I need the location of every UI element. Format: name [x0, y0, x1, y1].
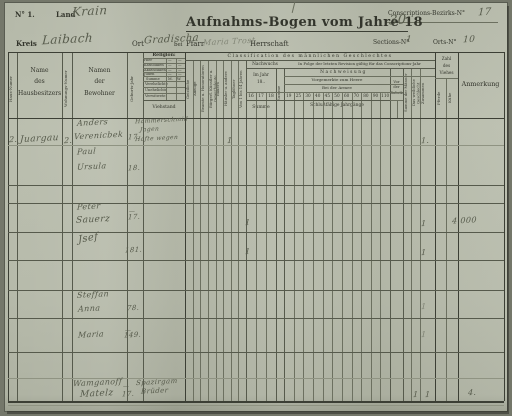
age-cell: 80 — [361, 94, 371, 99]
grid-vline — [127, 52, 128, 401]
nachwuchs-year-cell: 18 — [266, 94, 276, 99]
sheet-number: N° 1. — [15, 11, 35, 19]
grid-hline — [8, 318, 504, 319]
column-geburtsjahr: Geburts-Jahr — [130, 62, 138, 116]
grid-vline — [504, 52, 505, 401]
sections-label: Sections-N° — [373, 40, 409, 47]
column-haus-numer: Haus-Numer — [9, 62, 17, 116]
grid-vline — [342, 92, 343, 401]
handwriting-entry: Paul — [77, 146, 97, 156]
grid-vline — [323, 92, 324, 401]
handwriting-entry: 1 — [227, 136, 233, 145]
nachwuchs-sum-label: Summe — [246, 105, 276, 110]
grid-vline — [17, 52, 18, 401]
age-cell: 19 — [284, 94, 294, 99]
grid-vline — [246, 60, 247, 401]
grid-vline — [176, 58, 177, 100]
handwriting-entry: Ursula — [77, 161, 107, 172]
age-cell: 45 — [323, 94, 333, 99]
religion-summary-row: Verehelichte — [145, 82, 168, 86]
handwriting-entry: 2. — [9, 135, 18, 144]
grid-vline — [208, 60, 209, 401]
grid-vline — [200, 60, 201, 401]
kreis-label: Kreis — [16, 40, 37, 48]
grid-hline — [143, 81, 185, 82]
classification-right-column: Das weibliche Geschlecht — [412, 70, 420, 116]
age-cell: 50 — [332, 94, 342, 99]
grid-hline — [143, 58, 185, 59]
handwriting-entry: 1. — [421, 136, 430, 145]
grid-hline — [8, 52, 504, 53]
grid-vline — [380, 92, 381, 401]
grid-hline — [8, 401, 504, 403]
column-hausbesitzer: Name des Hausbesitzers — [18, 65, 61, 99]
grid-vline — [458, 52, 459, 401]
handwriting-entry: 10 — [463, 35, 476, 46]
grid-hline — [435, 78, 458, 79]
handwriting-entry: 1 — [245, 247, 251, 256]
page-title: Aufnahms-Bogen vom Jahre 18 — [186, 16, 423, 31]
classification-left-column: Geistliche — [186, 62, 193, 116]
handwriting-entry: 1 — [413, 390, 419, 399]
column-wohnparteien: Wohnungs-Numer — [64, 62, 72, 116]
vieh-column: Kühe — [448, 80, 457, 116]
handwriting-entry: 1 — [421, 330, 427, 339]
classification-left-column: Häusler u. andere — [224, 62, 231, 116]
age-cell: 90 — [371, 94, 381, 99]
grid-hline — [143, 72, 185, 73]
grid-vline — [294, 92, 295, 401]
classification-left-column: Beamte u. Honoratioren — [201, 62, 208, 116]
grid-vline — [216, 60, 217, 401]
handwriting-entry: Sauerz — [76, 214, 111, 226]
religion-summary-col: M. — [168, 77, 173, 81]
rubrik-box: Vor der Rubrik — [390, 80, 403, 96]
handwriting-entry: Brüder — [141, 386, 169, 395]
grid-vline — [8, 52, 9, 401]
religion-footer: Viehstand — [143, 105, 185, 110]
religion-summary-row: Unehelichte — [145, 88, 167, 92]
classification-right-column: Zusammen — [421, 70, 435, 116]
handwriting-entry: Anders — [77, 117, 109, 128]
revision-line3: Vorgemerkte zum Heere — [284, 78, 390, 83]
orts-label: Orts-N° — [433, 40, 457, 47]
grid-vline — [185, 52, 186, 401]
handwriting-entry: 1 — [421, 219, 427, 228]
herrschaft-label: Herrschaft — [250, 40, 289, 48]
grid-vline — [352, 92, 353, 401]
grid-hline — [8, 145, 504, 146]
summe-column: Summe — [277, 70, 284, 116]
grid-hline — [143, 100, 185, 101]
grid-hline — [143, 93, 185, 94]
handwriting-entry: Juargau — [20, 133, 59, 145]
religion-summary-title: Summe — [146, 77, 160, 81]
religion-summary-row: Verwitwete — [145, 94, 166, 98]
grid-hline — [143, 87, 185, 88]
handwriting-entry: Laibach — [42, 31, 94, 48]
nachwuchs-year-cell: 16 — [246, 94, 256, 99]
grid-hline — [8, 260, 504, 261]
vieh-title: Zahl des Viehes — [435, 55, 458, 76]
age-cell: 40 — [313, 94, 323, 99]
grid-vline — [143, 52, 144, 401]
grid-vline — [231, 60, 232, 401]
handwriting-entry: 17. — [128, 213, 141, 222]
handwriting-entry: Jagen — [140, 125, 160, 133]
grid-vline — [397, 100, 398, 118]
grid-vline — [72, 52, 73, 401]
grid-hline — [246, 100, 403, 101]
revision-line2: Nachweisung — [284, 70, 403, 75]
grid-vline — [332, 92, 333, 401]
age-cell: 70 — [351, 94, 361, 99]
handwriting-entry: 17 — [478, 7, 492, 19]
grid-vline — [371, 92, 372, 401]
grid-hline — [8, 352, 504, 353]
grid-hline — [284, 84, 403, 85]
grid-vline — [62, 52, 63, 401]
column-bewohner: Namen der Bewohner — [73, 65, 126, 99]
revision-line1: In Folge der letzten Revision gültig für… — [284, 62, 435, 66]
nachwuchs-title: Nachwuchs — [246, 62, 284, 67]
handwriting-entry: 149. — [124, 331, 142, 340]
handwriting-entry: Krain — [72, 3, 108, 19]
handwriting-entry: Anna — [78, 303, 101, 313]
ort-label: Ort — [132, 40, 144, 48]
scanned-census-form: N° 1. Land Conscriptions-Bezirks-N° Aufn… — [0, 0, 512, 416]
handwriting-entry: 1 — [425, 390, 431, 399]
handwriting-entry: 18. — [128, 164, 141, 173]
grid-vline — [303, 92, 304, 401]
anmerkung-column: Anmerkung — [458, 81, 503, 88]
handwriting-entry: 4. — [468, 388, 477, 397]
grid-hline — [143, 76, 185, 77]
title-underline — [186, 31, 408, 32]
handwriting-entry: Peter — [77, 201, 101, 211]
handwriting-entry: 1 — [406, 35, 413, 45]
religion-summary-col: W. — [177, 77, 181, 81]
classification-left-column: Adelige — [193, 62, 200, 116]
grid-hline — [143, 63, 185, 64]
handwriting-entry: 1 — [245, 218, 251, 227]
grid-vline — [266, 92, 267, 401]
handwriting-entry: 2. — [64, 136, 73, 145]
classification-title: Classification des männlichen Geschlecht… — [185, 54, 435, 59]
grid-vline — [223, 60, 224, 401]
handwriting-entry: 1 — [421, 302, 427, 311]
handwriting-entry: 30 — [389, 13, 407, 29]
handwriting-entry: 1 — [421, 248, 427, 257]
grid-vline — [361, 92, 362, 401]
handwriting-entry: Steffan — [77, 289, 110, 300]
grid-hline — [246, 68, 435, 69]
age-cell: 60 — [342, 94, 352, 99]
age-cell: 25 — [294, 94, 304, 99]
grid-hline — [185, 60, 435, 61]
classification-right-column: Summe der Männer — [404, 70, 411, 116]
age-cell: 110 — [380, 94, 390, 99]
handwriting-entry: 78. — [127, 304, 140, 313]
grid-hline — [143, 68, 185, 69]
grid-hline — [8, 405, 504, 406]
grid-vline — [166, 58, 167, 100]
classification-left-column: Bürgerl. Künstler u. Gewerbsleute — [209, 62, 216, 116]
grid-vline — [256, 92, 257, 401]
grid-hline — [284, 76, 435, 77]
grid-vline — [193, 60, 194, 401]
handwriting-entry: 181. — [125, 246, 143, 255]
grid-hline — [390, 100, 403, 101]
grid-vline — [238, 60, 239, 401]
grid-vline — [435, 52, 436, 401]
handwriting-entry: Matelz — [80, 388, 114, 400]
age-cell: 30 — [303, 94, 313, 99]
revision-line4: Bei der Armee — [284, 86, 390, 91]
nachwuchs-year-cell: 17 — [256, 94, 266, 99]
grid-vline — [313, 92, 314, 401]
handwriting-entry: 17. — [122, 390, 135, 399]
revision-footer: Schlußfähige Jahrgänge — [284, 103, 390, 108]
vieh-column: Pferde — [437, 80, 446, 116]
nachwuchs-subtitle: Im Jahr 18.. — [246, 72, 276, 85]
grid-hline — [8, 185, 504, 186]
handwriting-entry: Maria — [78, 329, 105, 339]
handwriting-entry: 4 000 — [452, 215, 477, 225]
